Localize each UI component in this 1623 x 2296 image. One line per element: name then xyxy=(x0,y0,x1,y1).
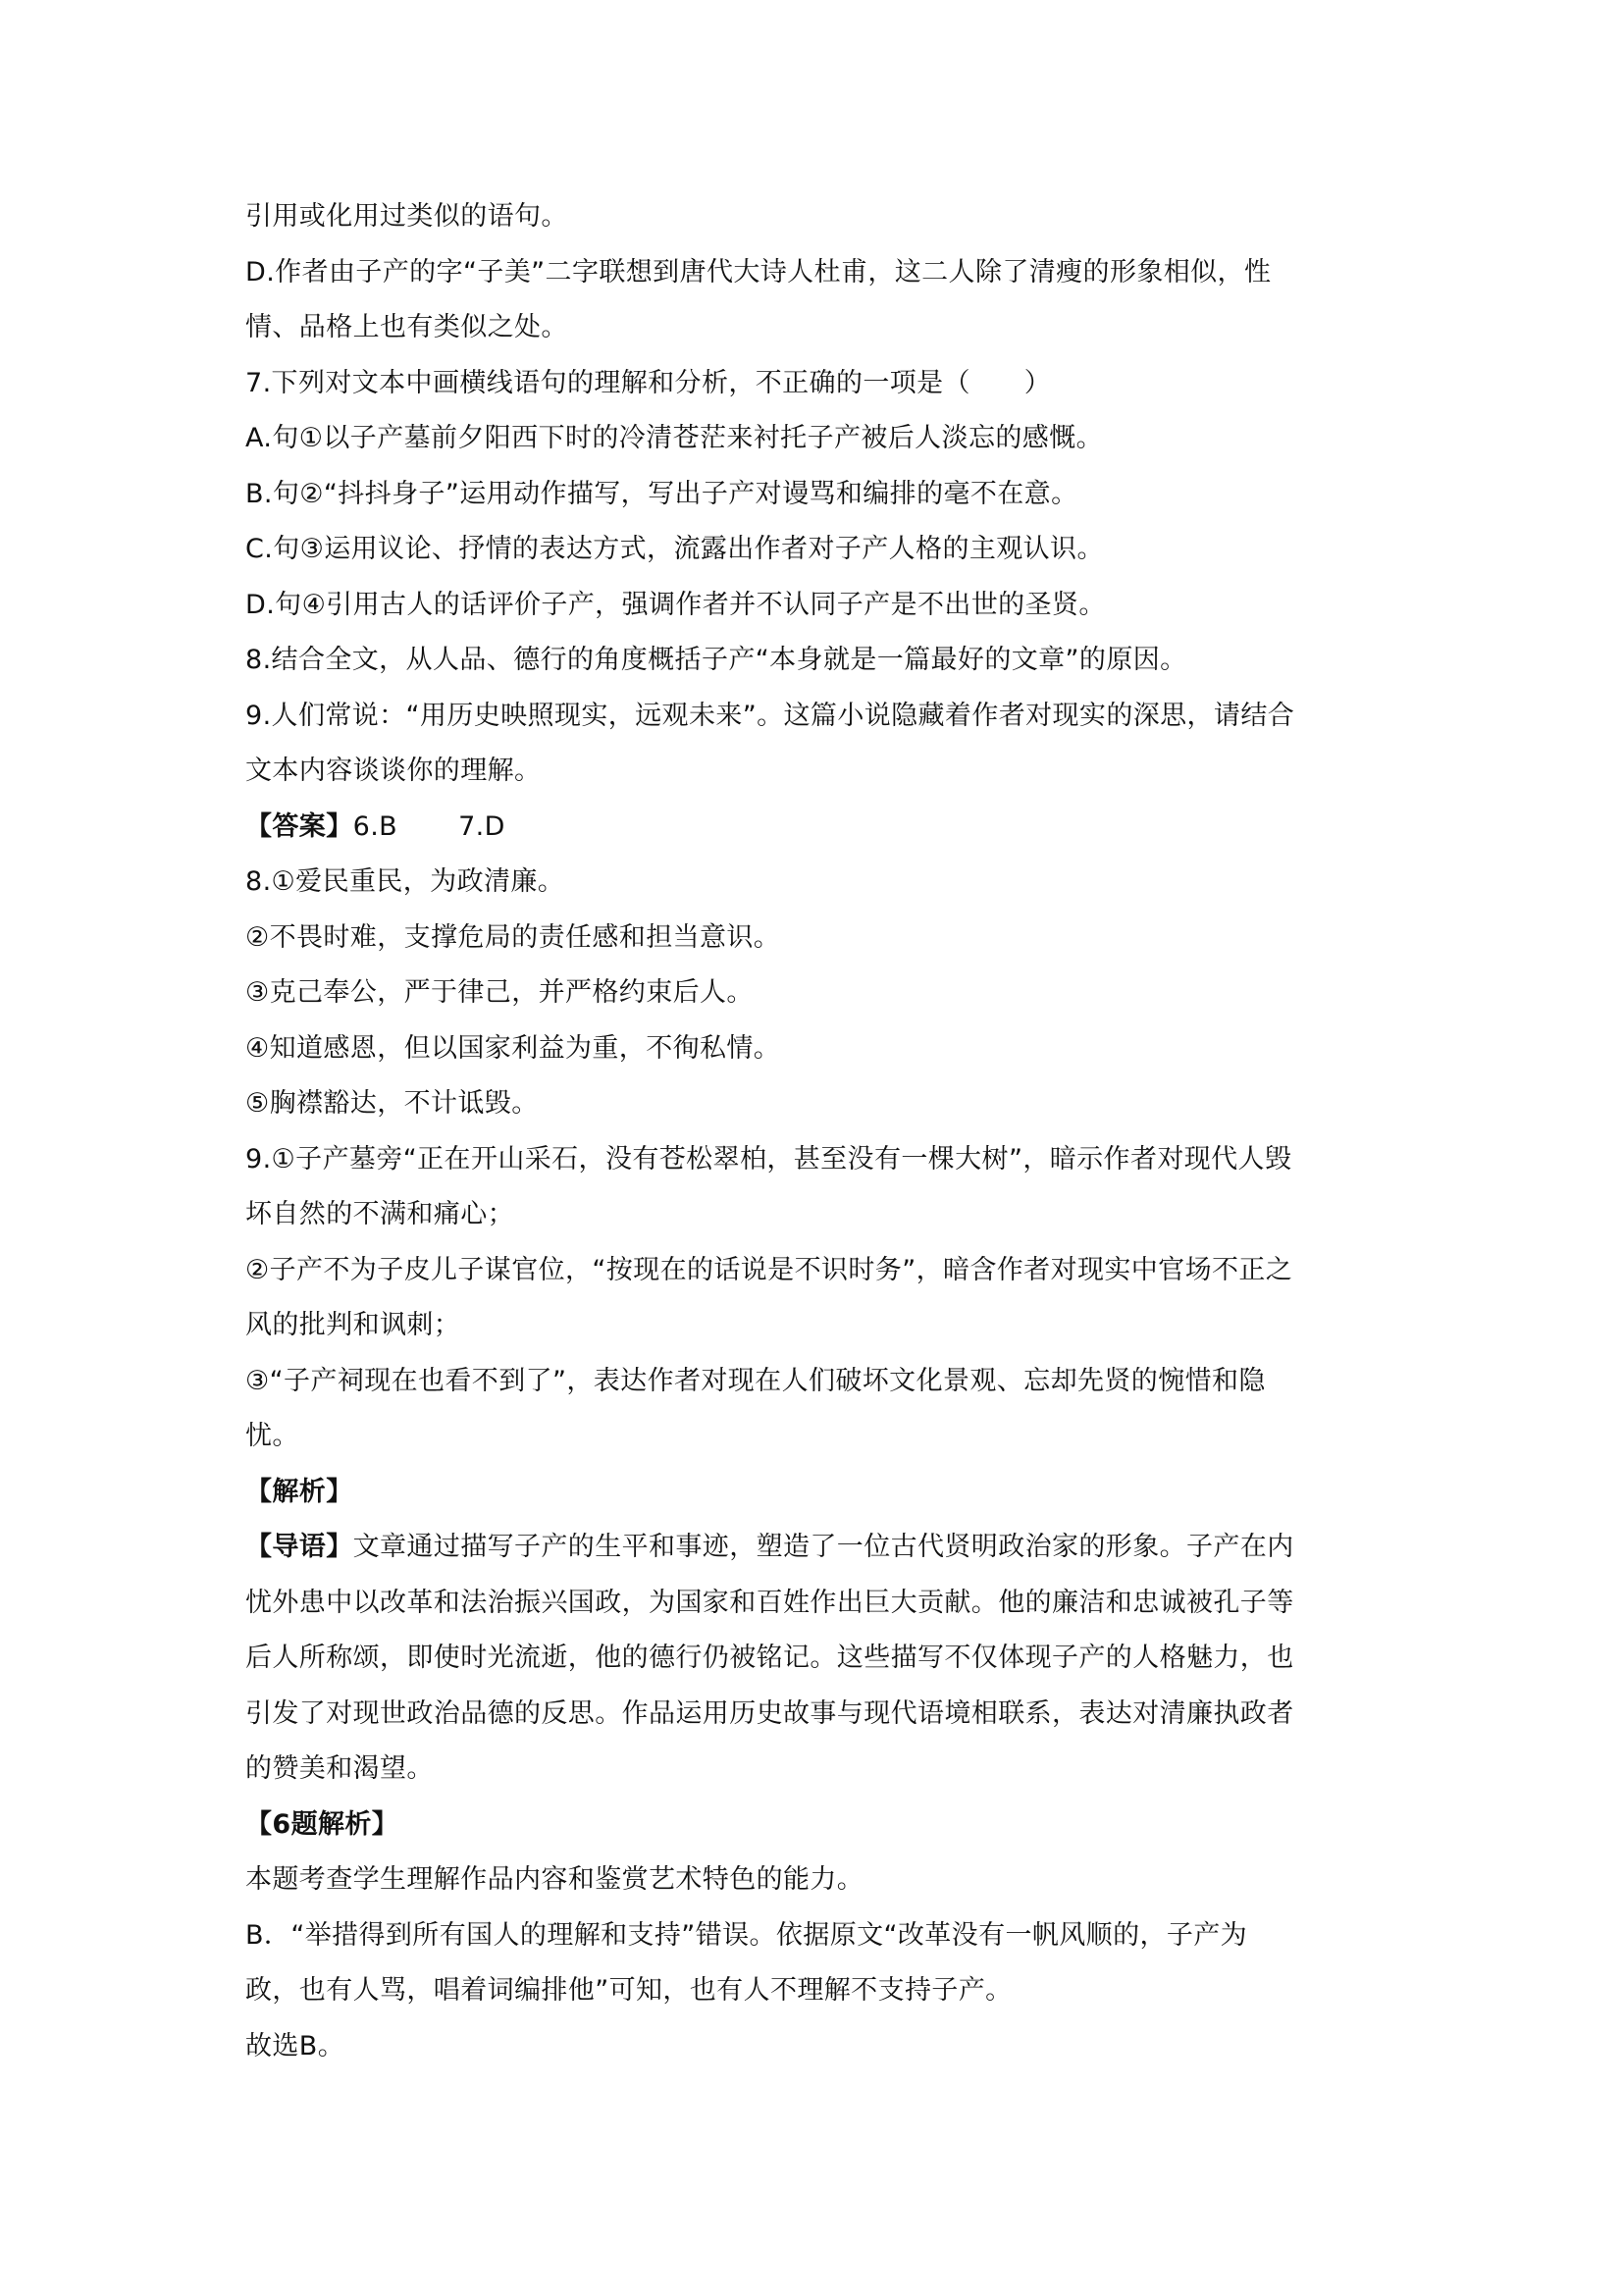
answer-9-item-3-cont: 忧。 xyxy=(245,1409,1374,1465)
guide-text: 文章通过描写子产的生平和事迹，塑造了一位古代贤明政治家的形象。子产在内 xyxy=(353,1532,1294,1562)
question-9-cont: 文本内容谈谈你的理解。 xyxy=(245,744,1374,800)
answer-8-item-4: ④知道感恩，但以国家利益为重，不徇私情。 xyxy=(245,1021,1374,1077)
option-d-q7: D.句④引用古人的话评价子产，强调作者并不认同子产是不出世的圣贤。 xyxy=(245,578,1374,634)
answer-9-item-3: ③“子产祠现在也看不到了”，表达作者对现在人们破坏文化景观、忘却先贤的惋惜和隐 xyxy=(245,1354,1374,1410)
q6-analysis-line-1: 本题考查学生理解作品内容和鉴赏艺术特色的能力。 xyxy=(245,1852,1374,1908)
text-line: 情、品格上也有类似之处。 xyxy=(245,300,1374,356)
question-7: 7.下列对文本中画横线语句的理解和分析，不正确的一项是（ ） xyxy=(245,356,1374,412)
option-a-q7: A.句①以子产墓前夕阳西下时的冷清苍茫来衬托子产被后人淡忘的感慨。 xyxy=(245,411,1374,467)
q6-analysis-line-2: B．“举措得到所有国人的理解和支持”错误。依据原文“改革没有一帆风顺的，子产为 xyxy=(245,1908,1374,1964)
answer-8-item-3: ③克己奉公，严于律己，并严格约束后人。 xyxy=(245,965,1374,1021)
answer-8-item-2: ②不畏时难，支撑危局的责任感和担当意识。 xyxy=(245,911,1374,966)
answer-q6: 6.B xyxy=(353,811,397,842)
answer-q7: 7.D xyxy=(458,811,505,842)
answer-line: 【答案】6.B7.D xyxy=(245,800,1374,856)
answer-9-item-1-cont: 坏自然的不满和痛心； xyxy=(245,1187,1374,1243)
guide-line-4: 引发了对现世政治品德的反思。作品运用历史故事与现代语境相联系，表达对清廉执政者 xyxy=(245,1687,1374,1743)
guide-line-1: 【导语】文章通过描写子产的生平和事迹，塑造了一位古代贤明政治家的形象。子产在内 xyxy=(245,1520,1374,1576)
option-d-q6: D.作者由子产的字“子美”二字联想到唐代大诗人杜甫，这二人除了清瘦的形象相似，性 xyxy=(245,245,1374,301)
q6-analysis-label: 【6题解析】 xyxy=(245,1809,398,1840)
answer-9-item-2: ②子产不为子皮儿子谋官位，“按现在的话说是不识时务”，暗含作者对现实中官场不正之 xyxy=(245,1243,1374,1299)
option-b-q7: B.句②“抖抖身子”运用动作描写，写出子产对谩骂和编排的毫不在意。 xyxy=(245,467,1374,523)
guide-line-2: 忧外患中以改革和法治振兴国政，为国家和百姓作出巨大贡献。他的廉洁和忠诚被孔子等 xyxy=(245,1576,1374,1632)
question-9: 9.人们常说：“用历史映照现实，远观未来”。这篇小说隐藏着作者对现实的深思，请结… xyxy=(245,689,1374,745)
guide-label: 【导语】 xyxy=(245,1532,353,1562)
answer-8-item-5: ⑤胸襟豁达，不计诋毁。 xyxy=(245,1076,1374,1132)
text-line: 引用或化用过类似的语句。 xyxy=(245,189,1374,245)
guide-line-5: 的赞美和渴望。 xyxy=(245,1742,1374,1798)
analysis-heading: 【解析】 xyxy=(245,1465,1374,1521)
document-page: 引用或化用过类似的语句。 D.作者由子产的字“子美”二字联想到唐代大诗人杜甫，这… xyxy=(245,189,1374,2074)
q6-analysis-heading: 【6题解析】 xyxy=(245,1798,1374,1853)
answer-9-item-2-cont: 风的批判和讽刺； xyxy=(245,1298,1374,1354)
analysis-label: 【解析】 xyxy=(245,1477,353,1507)
guide-line-3: 后人所称颂，即使时光流逝，他的德行仍被铭记。这些描写不仅体现子产的人格魅力，也 xyxy=(245,1631,1374,1687)
answer-9-item-1: 9.①子产墓旁“正在开山采石，没有苍松翠柏，甚至没有一棵大树”，暗示作者对现代人… xyxy=(245,1132,1374,1188)
answer-label: 【答案】 xyxy=(245,811,353,842)
q6-analysis-line-4: 故选B。 xyxy=(245,2019,1374,2075)
question-8: 8.结合全文，从人品、德行的角度概括子产“本身就是一篇最好的文章”的原因。 xyxy=(245,633,1374,689)
answer-8-item-1: 8.①爱民重民，为政清廉。 xyxy=(245,855,1374,911)
q6-analysis-line-3: 政，也有人骂，唱着词编排他”可知，也有人不理解不支持子产。 xyxy=(245,1963,1374,2019)
option-c-q7: C.句③运用议论、抒情的表达方式，流露出作者对子产人格的主观认识。 xyxy=(245,522,1374,578)
